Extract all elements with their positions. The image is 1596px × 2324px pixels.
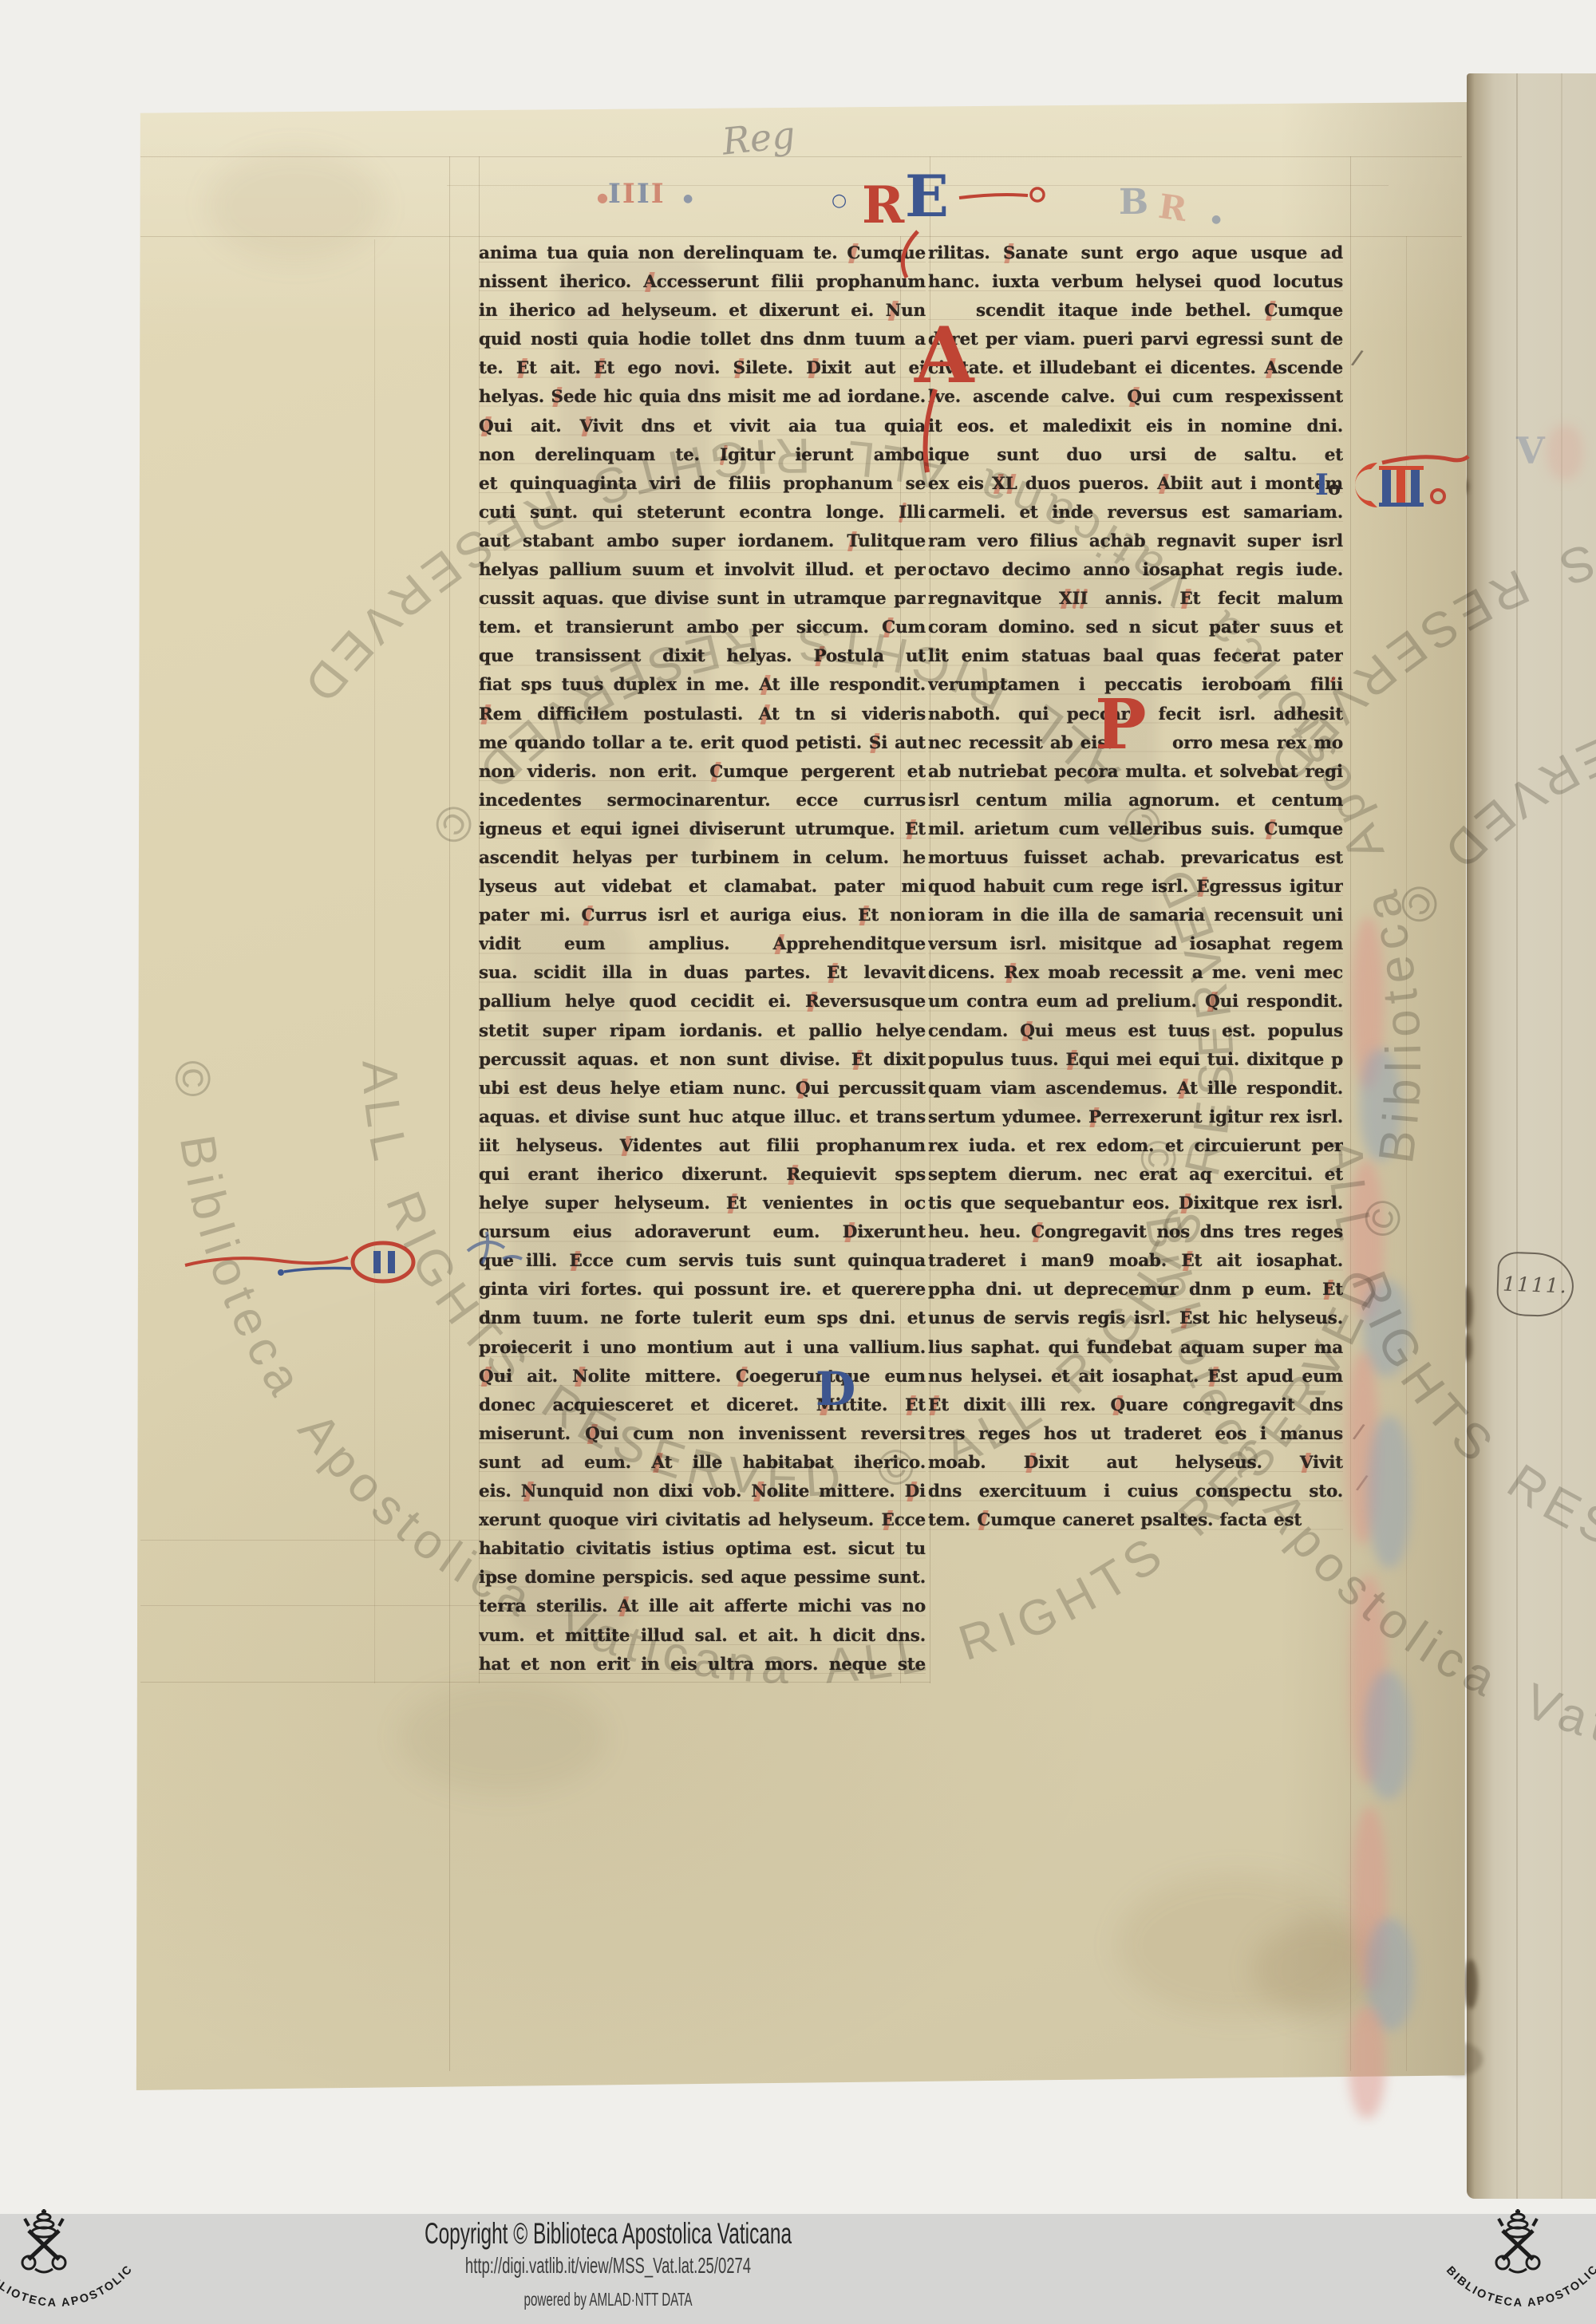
papal-tiara-and-keys-icon	[1496, 2209, 1539, 2272]
left-margin-flourish	[182, 1232, 429, 1296]
ruling-line	[449, 156, 450, 2071]
manuscript-line: vum. et mittite illud sal. et ait. h dic…	[479, 1622, 926, 1651]
manuscript-line: non videris. non erit. Cumque pergerent …	[479, 758, 926, 787]
manuscript-line: me quando tollar a te. erit quod petisti…	[479, 729, 926, 758]
ghost-letter-b: B	[1119, 185, 1148, 220]
manuscript-line: miserunt. Qui cum non invenissent revers…	[479, 1420, 926, 1449]
header-left-numeral: IIII	[608, 180, 666, 207]
manuscript-line: Rem difficilem postulasti. At tn si vide…	[479, 700, 926, 729]
manuscript-line: ubi est deus helye etiam nunc. Qui percu…	[479, 1075, 926, 1103]
verso-initial-show-through	[1347, 906, 1439, 2122]
manuscript-line: et quinquaginta viri de filiis prophanum…	[479, 470, 926, 499]
manuscript-line: vidit eum amplius. Apprehenditque vestim…	[479, 930, 926, 959]
copyright-footer: Copyright © Biblioteca Apostolica Vatica…	[0, 2214, 1596, 2324]
header-flourish-o: ○	[832, 191, 847, 209]
manuscript-line: in iherico ad helyseum. et dixerunt ei. …	[479, 297, 926, 326]
manuscript-line: lit enim statuas baal quas fecerat pater…	[928, 642, 1343, 671]
manuscript-line: dicens. Rex moab recessit a me. veni mec	[928, 959, 1343, 988]
manuscript-line: populus tuus. Equi mei equi tui. dixitqu…	[928, 1046, 1343, 1075]
text-column-right: rilitas. Sanate sunt ergo aque usque ad …	[928, 239, 1343, 1535]
blue-doodle	[463, 1227, 527, 1270]
footer-url: http://digi.vatlib.it/view/MSS_Vat.lat.2…	[345, 2253, 871, 2279]
manuscript-line: cuti sunt. qui steterunt econtra longe. …	[479, 499, 926, 527]
manuscript-line: rilitas. Sanate sunt ergo aque usque ad …	[928, 239, 1343, 268]
manuscript-line: rex iuda. et rex edom. et circuierunt pe…	[928, 1132, 1343, 1161]
manuscript-line: sertum ydumee. Perrexerunt igitur rex is…	[928, 1103, 1343, 1132]
manuscript-line: lius saphat. qui fundebat aquam super ma	[928, 1334, 1343, 1363]
manuscript-line: sua. scidit illa in duas partes. Et leva…	[479, 959, 926, 988]
ruling-line	[140, 1605, 484, 1606]
manuscript-line: xerunt quoque viri civitatis ad helyseum…	[479, 1506, 926, 1535]
manuscript-line: habitatio civitatis istius optima est. s…	[479, 1535, 926, 1564]
manuscript-line: tis que sequebantur eos. Dixitque rex is…	[928, 1190, 1343, 1218]
manuscript-line: ginta viri fortes. qui possunt ire. et q…	[479, 1276, 926, 1304]
manuscript-line: isrl centum milia agnorum. et centum	[928, 787, 1343, 815]
manuscript-line: percussit aquas. et non sunt divise. Et …	[479, 1046, 926, 1075]
manuscript-line: non derelinquam te. Igitur ierunt ambo p…	[479, 441, 926, 470]
manuscript-line: Qui ait. Nolite mittere. Coegeruntque eu…	[479, 1363, 926, 1391]
manuscript-line: unus de servis regis isrl. Est hic helys…	[928, 1304, 1343, 1333]
manuscript-line: quod habuit cum rege isrl. Egressus igit…	[928, 873, 1343, 902]
manuscript-line: civitate. et illudebant ei dicentes. Asc…	[928, 354, 1343, 383]
papal-tiara-and-keys-icon	[22, 2209, 65, 2272]
ruling-line	[140, 1682, 930, 1683]
io-gloss-o: o	[1328, 479, 1341, 498]
manuscript-line: moab. Dixit aut helyseus. Vivit	[928, 1449, 1343, 1478]
manuscript-line: mil. arietum cum velleribus suis. Cumque	[928, 815, 1343, 844]
manuscript-line: cussit aquas. que divise sunt in utramqu…	[479, 585, 926, 614]
manuscript-line: cendam. Qui meus est tuus est. populus m…	[928, 1017, 1343, 1046]
page-crease	[1516, 73, 1518, 2199]
manuscript-line: ppha dni. ut deprecemur dnm p eum. Et re…	[928, 1276, 1343, 1304]
manuscript-line: dns exercituum i cuius conspectu sto. Nu…	[928, 1478, 1343, 1506]
manuscript-line: ascendit helyas per turbinem in celum. h…	[479, 844, 926, 873]
manuscript-line: tem. Cumque caneret psaltes. facta est	[928, 1506, 1343, 1535]
manuscript-line: proiecerit i uno montium aut i una valli…	[479, 1334, 926, 1363]
pencil-numeral: 1111.	[1503, 1272, 1569, 1297]
manuscript-line: it eos. et maledixit eis in nomine dni. …	[928, 412, 1343, 441]
manuscript-line: hanc. iuxta verbum helysei quod locutus …	[928, 268, 1343, 297]
manuscript-line: helye super helyseum. Et venientes in oc	[479, 1190, 926, 1218]
ghost-letter-r: R	[1156, 190, 1188, 227]
manuscript-line: Et dixit illi rex. Quare congregavit dns	[928, 1391, 1343, 1420]
header-dot: ●	[597, 191, 608, 204]
manuscript-line: igneus et equi ignei diviserunt utrumque…	[479, 815, 926, 844]
gutter-spot	[1464, 1959, 1478, 2009]
manuscript-line: ipse domine perspicis. sed aque pessime …	[479, 1564, 926, 1592]
digitized-manuscript-viewer: V Reg ● IIII ●	[0, 0, 1596, 2324]
margin-red-hook	[891, 228, 927, 284]
next-page-edge: V	[1467, 73, 1596, 2199]
initial-p: P	[1095, 691, 1147, 760]
manuscript-line: anima tua quia non derelinquam te. Cumqu…	[479, 239, 926, 268]
manuscript-line: septem dierum. nec erat aq exercitui. et…	[928, 1161, 1343, 1190]
ghost-pink-blob	[1547, 424, 1583, 480]
manuscript-line: qui erant iherico dixerunt. Requievit sp…	[479, 1161, 926, 1190]
stain	[207, 150, 383, 262]
text-column-left: anima tua quia non derelinquam te. Cumqu…	[479, 239, 926, 1679]
ruling-line	[140, 1540, 484, 1541]
manuscript-scan: V Reg ● IIII ●	[0, 0, 1596, 2324]
vatican-library-logo-left: BIBLIOTECA APOSTOLICA VATICANA	[0, 2208, 136, 2324]
io-gloss-i: I	[1315, 471, 1329, 499]
manuscript-line: que transissent dixit helyas. Postula ut	[479, 642, 926, 671]
manuscript-line: helyas. Sede hic quia dns misit me ad io…	[479, 383, 926, 412]
manuscript-line: um contra eum ad prelium. Qui respondit.…	[928, 988, 1343, 1016]
manuscript-line: tem. et transierunt ambo per siccum. Cum	[479, 614, 926, 642]
manuscript-line: pater mi. Currus isrl et auriga eius. Et…	[479, 902, 926, 930]
manuscript-line: nissent iherico. Accesserunt filii proph…	[479, 268, 926, 297]
manuscript-line: versum isrl. misitque ad iosaphat regem …	[928, 930, 1343, 959]
manuscript-line: ram vero filius achab regnavit super isr…	[928, 527, 1343, 556]
manuscript-line: octavo decimo anno iosaphat regis iude.	[928, 556, 1343, 585]
manuscript-line: pallium helye quod cecidit ei. Reversusq…	[479, 988, 926, 1016]
manuscript-line: cursum eius adoraverunt eum. Dixerunt	[479, 1218, 926, 1247]
ghost-dot: ●	[1211, 214, 1221, 225]
page-crease	[1561, 73, 1562, 2199]
manuscript-line: Qui ait. Vivit dns et vivit aia tua quia	[479, 412, 926, 441]
footer-copyright: Copyright © Biblioteca Apostolica Vatica…	[345, 2217, 871, 2251]
manuscript-line: carmeli. et inde reversus est samariam.	[928, 499, 1343, 527]
manuscript-line: tres reges hos ut traderet eos i manus	[928, 1420, 1343, 1449]
manuscript-line: deret per viam. pueri parvi egressi sunt…	[928, 326, 1343, 354]
svg-text:BIBLIOTECA APOSTOLICA VATICANA: BIBLIOTECA APOSTOLICA VATICANA	[0, 2208, 136, 2310]
manuscript-line: quam viam ascendemus. At ille respondit.…	[928, 1075, 1343, 1103]
manuscript-line: que illi. Ecce cum servis tuis sunt quin…	[479, 1247, 926, 1276]
header-letter-e: E	[905, 168, 949, 225]
manuscript-line: iit helyseus. Videntes aut filii prophan…	[479, 1132, 926, 1161]
manuscript-line: fiat sps tuus duplex in me. At ille resp…	[479, 671, 926, 700]
header-flourish-line	[958, 185, 1053, 209]
vatican-library-logo-right: BIBLIOTECA APOSTOLICA VATICANA	[1438, 2208, 1596, 2324]
ruling-line	[374, 239, 375, 1683]
manuscript-line: lve. ascende calve. Qui cum respexissent…	[928, 383, 1343, 412]
stain	[399, 1682, 606, 1793]
manuscript-line: aquas. et divise sunt huc atque illuc. e…	[479, 1103, 926, 1132]
initial-a: A	[915, 318, 974, 394]
manuscript-line: sunt ad eum. At ille habitabat iherico. …	[479, 1449, 926, 1478]
header-letter-r: R	[862, 180, 904, 231]
ruling-line	[140, 236, 1462, 237]
manuscript-line: dnm tuum. ne forte tulerit eum sps dni. …	[479, 1304, 926, 1333]
manuscript-line: lyseus aut videbat et clamabat. pater mi	[479, 873, 926, 902]
initial-d: D	[816, 1366, 855, 1412]
manuscript-line: stetit super ripam iordanis. et pallio h…	[479, 1017, 926, 1046]
manuscript-line: ique sunt duo ursi de saltu. et lacerave…	[928, 441, 1343, 470]
manuscript-line: hat et non erit in eis ultra mors. neque…	[479, 1651, 926, 1679]
manuscript-line: traderet i man9 moab. Et ait iosaphat. E…	[928, 1247, 1343, 1276]
manuscript-line: coram domino. sed n sicut pater suus et …	[928, 614, 1343, 642]
logo-arc-text: BIBLIOTECA APOSTOLICA VATICANA	[0, 2208, 136, 2310]
pencil-note: Reg	[720, 112, 796, 163]
ghost-letter-v: V	[1516, 432, 1545, 469]
footer-powered-by: powered by AMLAD·NTT DATA	[345, 2289, 871, 2310]
header-dot: ●	[683, 193, 693, 204]
manuscript-line: donec acquiesceret et diceret. Mittite. …	[479, 1391, 926, 1420]
manuscript-line: incedentes sermocinarentur. ecce currus	[479, 787, 926, 815]
svg-text:BIBLIOTECA APOSTOLICA VATICANA: BIBLIOTECA APOSTOLICA VATICANA	[1438, 2208, 1596, 2310]
manuscript-line: aut stabant ambo super iordanem. Tulitqu…	[479, 527, 926, 556]
manuscript-line: heu. heu. Congregavit nos dns tres reges…	[928, 1218, 1343, 1247]
manuscript-line: regnavitque XII annis. Et fecit malum	[928, 585, 1343, 614]
manuscript-line: quid nosti quia hodie tollet dns dnm tuu…	[479, 326, 926, 354]
manuscript-line: terra sterilis. At ille ait afferte mich…	[479, 1592, 926, 1621]
manuscript-line: scendit itaque inde bethel. Cumque ascen	[928, 297, 1343, 326]
manuscript-line: ex eis XL duos pueros. Abiit aut i monte…	[928, 470, 1343, 499]
manuscript-line: ioram in die illa de samaria recensuit u…	[928, 902, 1343, 930]
manuscript-line: eis. Nunquid non dixi vob. Nolite mitter…	[479, 1478, 926, 1506]
manuscript-line: mortuus fuisset achab. prevaricatus est …	[928, 844, 1343, 873]
ruling-line	[140, 156, 1462, 157]
manuscript-line: helyas pallium suum et involvit illud. e…	[479, 556, 926, 585]
manuscript-line: te. Et ait. Et ego novi. Silete. Dixit a…	[479, 354, 926, 383]
manuscript-line: nus helysei. et ait iosaphat. Est apud e…	[928, 1363, 1343, 1391]
logo-arc-text: BIBLIOTECA APOSTOLICA VATICANA	[1438, 2208, 1596, 2310]
chapter-marker-iiii	[1350, 452, 1494, 531]
